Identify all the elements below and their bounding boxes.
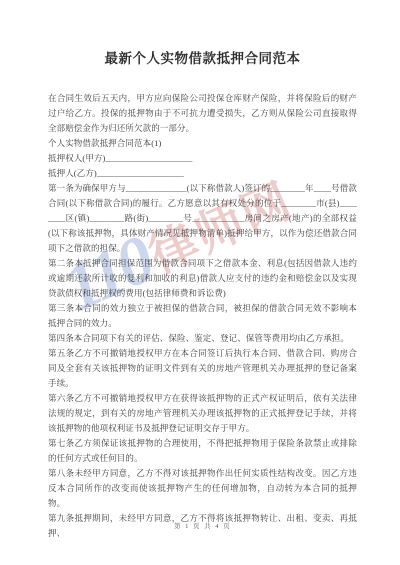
contract-clause-7: 第七条乙方须保证该抵押物的合理使用，不得把抵押物用于保险条款禁止或排除的任何方式… (48, 436, 357, 466)
contract-document-page: 110 律师网 最新个人实物借款抵押合同范本 在合同生效后五天内，甲方应向保险公… (0, 0, 400, 565)
mortgagor-party-b-line: 抵押人(乙方)____________________ (48, 166, 357, 181)
contract-clause-5: 第五条乙方不可撤销地授权甲方在本合同签订后执行本合同、借款合同、购房合同及全套有… (48, 346, 357, 391)
document-body: 在合同生效后五天内，甲方应向保险公司投保仓库财产保险，并将保险后的财产过户给乙方… (48, 91, 357, 541)
page-footer: 第 1 页 共 4 页 (48, 521, 357, 530)
contract-clause-6: 第六条乙方不可撤销地授权甲方在获得该抵押物的正式产权证明后，依有关法律法规的规定… (48, 391, 357, 436)
contract-paragraph-intro: 在合同生效后五天内，甲方应向保险公司投保仓库财产保险，并将保险后的财产过户给乙方… (48, 91, 357, 136)
contract-clause-8: 第八条未经甲方同意，乙方不得对该抵押物作出任何实质性结构改变。因乙方违反本合同所… (48, 466, 357, 511)
contract-clause-1: 第一条为确保甲方与______________(以下称借款人)签订的______… (48, 181, 357, 256)
contract-clause-2: 第二条本抵押合同担保范围为借款合同项下之借款本金、利息(包括因借款人违约或逾期还… (48, 256, 357, 301)
contract-subtitle: 个人实物借款抵押合同范本(1) (48, 136, 357, 151)
contract-clause-3: 第三条本合同的效力独立于被担保的借款合同，被担保的借款合同无效不影响本抵押合同的… (48, 301, 357, 331)
document-title: 最新个人实物借款抵押合同范本 (48, 50, 357, 68)
mortgagee-party-a-line: 抵押权人(甲方)____________________ (48, 151, 357, 166)
contract-clause-4: 第四条本合同项下有关的评估、保险、鉴定、登记、保管等费用均由乙方承担。 (48, 331, 357, 346)
